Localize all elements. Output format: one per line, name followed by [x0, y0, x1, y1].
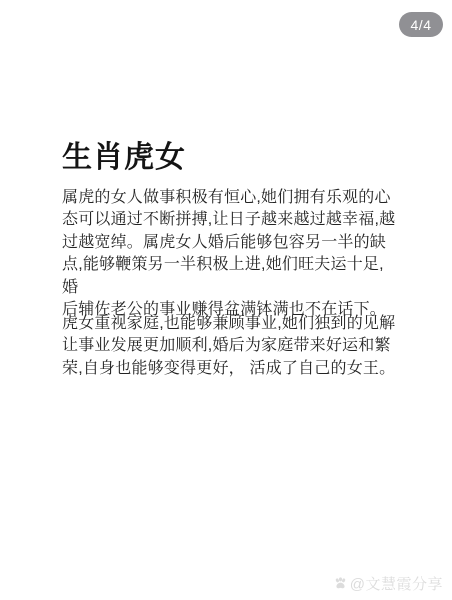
- text-card-page: 4/4 生肖虎女 属虎的女人做事积极有恒心,她们拥有乐观的心 态可以通过不断拼搏…: [0, 0, 452, 600]
- paw-icon: [333, 576, 348, 591]
- body-paragraph-2: 虎女重视家庭,也能够兼顾事业,她们独到的见解 让事业发展更加顺利,婚后为家庭带来…: [62, 313, 398, 380]
- body-paragraph-1: 属虎的女人做事积极有恒心,她们拥有乐观的心 态可以通过不断拼搏,让日子越来越过越…: [62, 187, 398, 321]
- page-indicator-badge: 4/4: [399, 12, 443, 37]
- page-title: 生肖虎女: [62, 140, 186, 176]
- watermark-text: @文慧霞分享: [350, 573, 443, 594]
- watermark: @文慧霞分享: [333, 573, 443, 594]
